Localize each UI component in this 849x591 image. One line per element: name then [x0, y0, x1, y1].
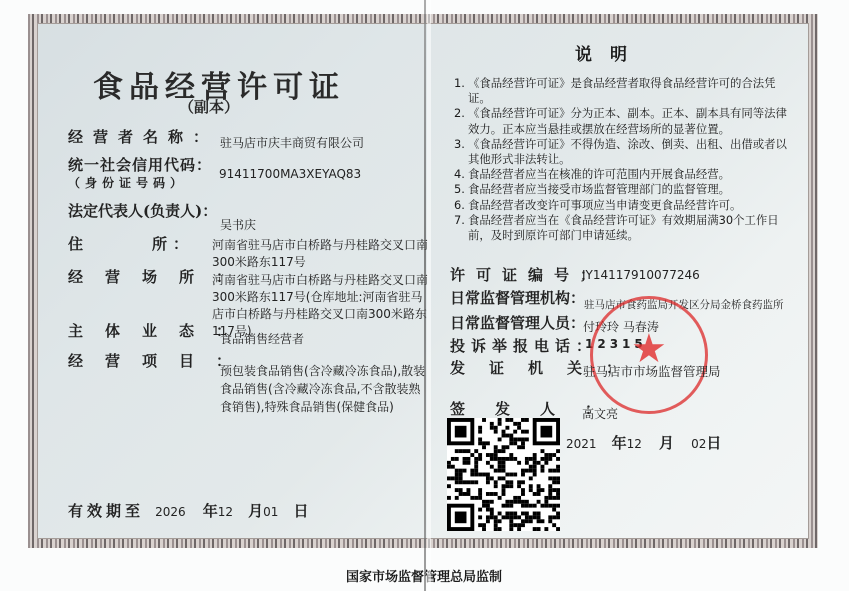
credit-code-label: 统一社会信用代码： — [68, 154, 212, 175]
complaint-phone-label: 投诉举报电话： — [450, 335, 597, 356]
instruction-text: 《食品经营许可证》不得伪造、涂改、倒卖、出租、出借或者以其他形式非法转让。 — [468, 137, 794, 167]
validity-line: 有效期至 2026 年12 月01 日 — [68, 500, 309, 521]
issue-month-unit: 月 — [659, 434, 674, 452]
instruction-number: 7. — [454, 213, 468, 243]
issue-date: 2021 年12 月 02日 — [566, 432, 721, 453]
license-no-value: JY14117910077246 — [582, 268, 700, 282]
page-fold-highlight — [427, 0, 431, 591]
validity-month: 12 — [218, 505, 233, 519]
instruction-text: 食品经营者应当接受市场监督管理部门的监督管理。 — [468, 182, 730, 197]
instruction-number: 3. — [454, 137, 468, 167]
supervisors-label: 日常监督管理人员： — [450, 312, 585, 333]
instruction-number: 6. — [454, 198, 468, 213]
validity-day-unit: 日 — [294, 502, 309, 520]
validity-day: 01 — [263, 505, 278, 519]
instructions-list: 1.《食品经营许可证》是食品经营者取得食品经营许可的合法凭证。2.《食品经营许可… — [454, 76, 794, 243]
entity-type-value: 食品销售经营者 — [220, 330, 304, 347]
instruction-text: 食品经营者应当在《食品经营许可证》有效期届满30个工作日前，及时到原许可部门申请… — [468, 213, 794, 243]
instruction-item: 3.《食品经营许可证》不得伪造、涂改、倒卖、出租、出借或者以其他形式非法转让。 — [454, 137, 794, 167]
instruction-item: 1.《食品经营许可证》是食品经营者取得食品经营许可的合法凭证。 — [454, 76, 794, 106]
operator-name-value: 驻马店市庆丰商贸有限公司 — [220, 134, 364, 151]
license-subtitle: （副本） — [179, 96, 239, 117]
official-seal: ★ — [590, 296, 708, 414]
instruction-text: 食品经营者改变许可事项应当申请变更食品经营许可。 — [468, 198, 741, 213]
validity-month-unit: 月 — [248, 502, 263, 520]
validity-year: 2026 — [155, 505, 186, 519]
id-number-label: （身份证号码） — [68, 174, 187, 191]
validity-year-unit: 年 — [203, 502, 218, 520]
issue-month: 12 — [627, 437, 642, 451]
credit-code-value: 91411700MA3XEYAQ83 — [219, 167, 361, 181]
legal-rep-value: 吴书庆 — [220, 216, 256, 233]
operator-name-label: 经营者名称： — [68, 126, 218, 147]
instruction-number: 5. — [454, 182, 468, 197]
signer-value: 高文亮 — [582, 405, 618, 422]
instruction-item: 7.食品经营者应当在《食品经营许可证》有效期届满30个工作日前，及时到原许可部门… — [454, 213, 794, 243]
instructions-heading: 说明 — [575, 40, 645, 65]
page-fold-line — [424, 0, 426, 591]
instruction-number: 2. — [454, 106, 468, 136]
supervisory-agency-label: 日常监督管理机构： — [450, 287, 585, 308]
qr-code — [447, 418, 560, 531]
instruction-item: 2.《食品经营许可证》分为正本、副本。正本、副本具有同等法律效力。正本应当悬挂或… — [454, 106, 794, 136]
residence-label: 住 所： — [68, 233, 194, 254]
instruction-number: 1. — [454, 76, 468, 106]
issue-year-unit: 年 — [612, 434, 627, 452]
business-items-value: 预包装食品销售(含冷藏冷冻食品),散装食品销售(含冷藏冷冻食品,不含散装熟食销售… — [220, 362, 432, 416]
issue-year: 2021 — [566, 437, 597, 451]
issue-day-unit: 日 — [706, 434, 721, 452]
instruction-text: 《食品经营许可证》是食品经营者取得食品经营许可的合法凭证。 — [468, 76, 794, 106]
instruction-number: 4. — [454, 167, 468, 182]
instruction-text: 《食品经营许可证》分为正本、副本。正本、副本具有同等法律效力。正本应当悬挂或摆放… — [468, 106, 794, 136]
validity-label: 有效期至 — [68, 502, 144, 520]
instruction-text: 食品经营者应当在核准的许可范围内开展食品经营。 — [468, 167, 730, 182]
issue-day: 02 — [691, 437, 706, 451]
instruction-item: 6.食品经营者改变许可事项应当申请变更食品经营许可。 — [454, 198, 794, 213]
instruction-item: 5.食品经营者应当接受市场监督管理部门的监督管理。 — [454, 182, 794, 197]
instruction-item: 4.食品经营者应当在核准的许可范围内开展食品经营。 — [454, 167, 794, 182]
legal-rep-label: 法定代表人(负责人)： — [68, 200, 217, 221]
issuing-authority-value: 驻马店市市场监督管理局 — [583, 362, 721, 380]
